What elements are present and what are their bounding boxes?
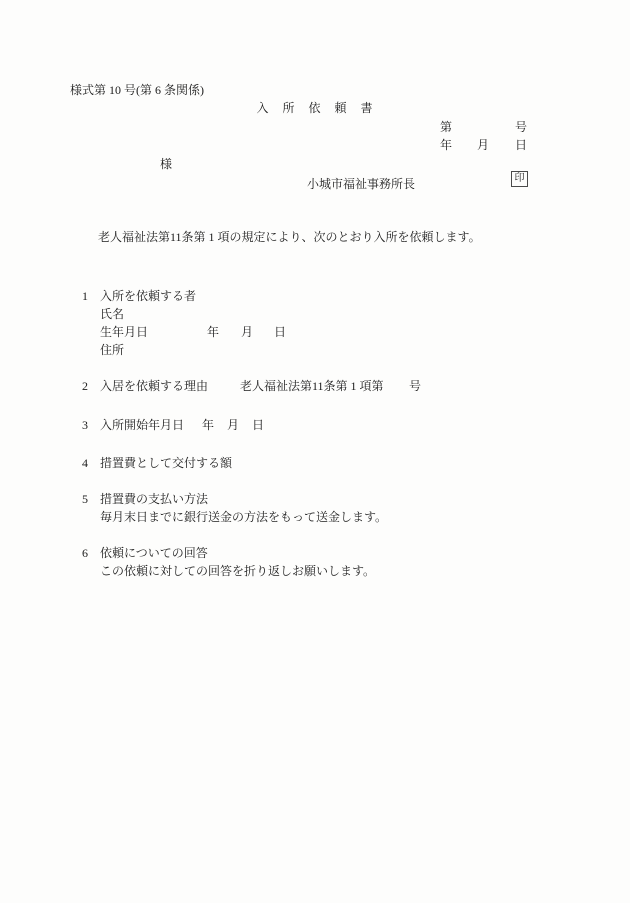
birthdate-field-label: 生年月日: [100, 325, 148, 339]
document-page: 様式第 10 号(第 6 条関係) 入 所 依 頼 書 第 号 年 月 日 様 …: [0, 0, 630, 903]
item-5-label: 措置費の支払い方法: [100, 492, 208, 506]
item-6-note: この依頼に対しての回答を折り返しお願いします。: [100, 564, 375, 578]
item-3-label: 入所開始年月日: [100, 418, 184, 432]
item-5-number: 5: [82, 492, 88, 506]
date-day-label: 日: [515, 138, 527, 152]
item-5-note: 毎月末日までに銀行送金の方法をもって送金します。: [100, 510, 387, 524]
item-6-label: 依頼についての回答: [100, 546, 208, 560]
item-6-number: 6: [82, 546, 88, 560]
item-3-number: 3: [82, 418, 88, 432]
start-date-year-label: 年: [202, 418, 214, 432]
form-number: 様式第 10 号(第 6 条関係): [70, 83, 204, 97]
addressee-honorific: 様: [160, 157, 172, 171]
start-date-month-label: 月: [227, 418, 239, 432]
name-field-label: 氏名: [100, 307, 124, 321]
item-2-label: 入居を依頼する理由: [100, 379, 208, 393]
item-2-number-suffix: 号: [409, 379, 421, 393]
seal-stamp: 印: [511, 171, 528, 187]
birthdate-month-label: 月: [241, 325, 253, 339]
item-1-number: 1: [82, 289, 88, 303]
page-title: 入 所 依 頼 書: [0, 101, 630, 115]
item-1-label: 入所を依頼する者: [100, 289, 196, 303]
intro-text: 老人福祉法第11条第 1 項の規定により、次のとおり入所を依頼します。: [98, 230, 481, 244]
date-year-label: 年: [440, 138, 452, 152]
item-2-number: 2: [82, 379, 88, 393]
birthdate-day-label: 日: [274, 325, 286, 339]
item-2-legal-basis: 老人福祉法第11条第 1 項第: [240, 379, 384, 393]
address-field-label: 住所: [100, 343, 124, 357]
date-month-label: 月: [477, 138, 489, 152]
start-date-day-label: 日: [252, 418, 264, 432]
birthdate-year-label: 年: [207, 325, 219, 339]
item-4-number: 4: [82, 456, 88, 470]
doc-number-suffix-label: 号: [515, 120, 527, 134]
item-4-label: 措置費として交付する額: [100, 456, 232, 470]
sender-title: 小城市福祉事務所長: [307, 177, 415, 191]
doc-number-prefix-label: 第: [440, 120, 452, 134]
